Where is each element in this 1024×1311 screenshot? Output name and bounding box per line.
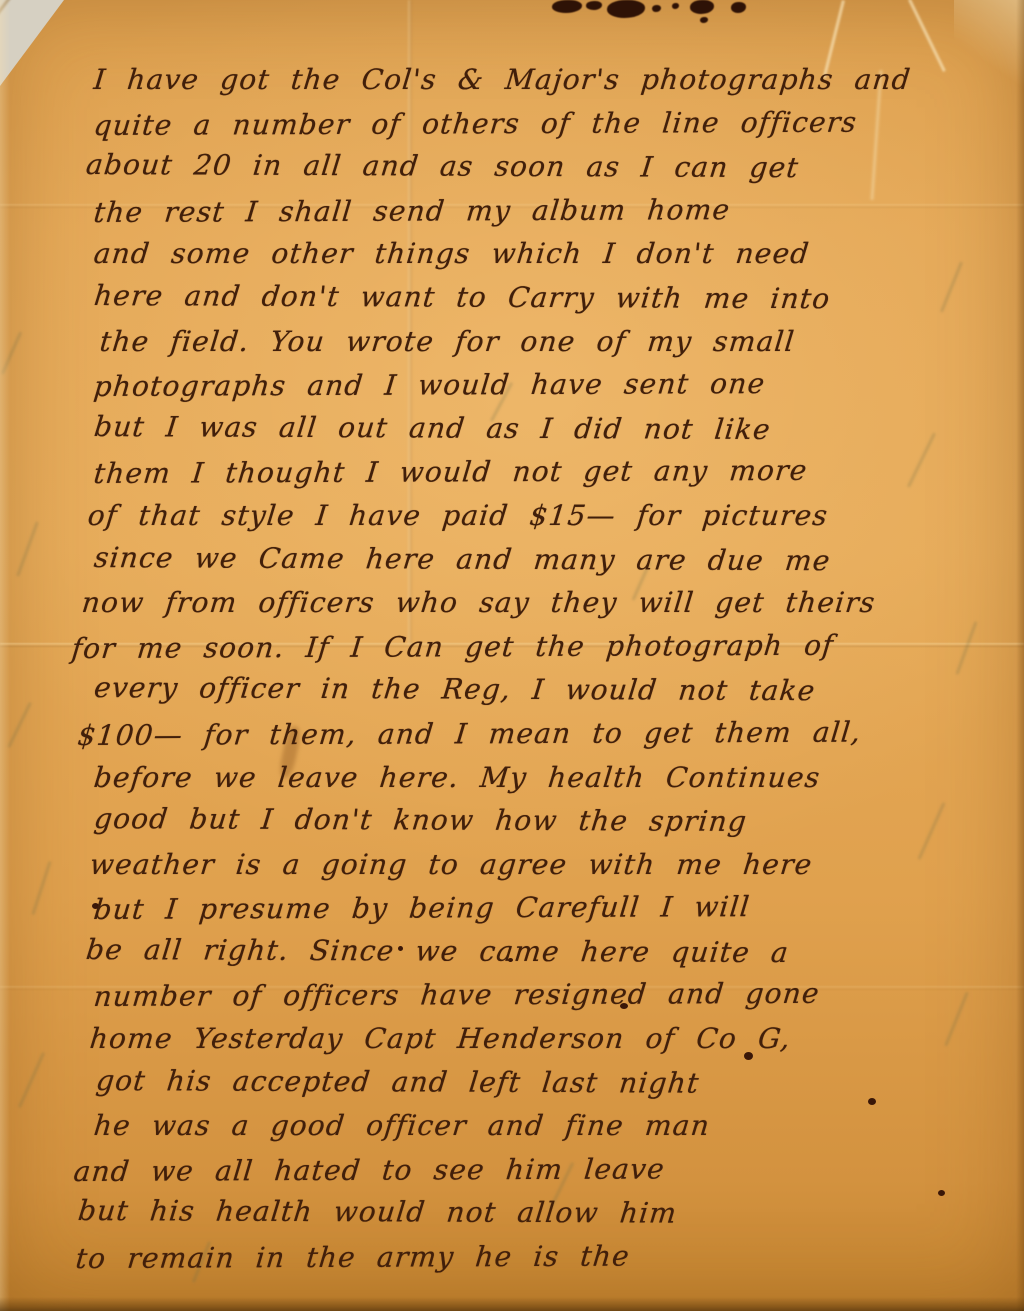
letter-line: of that style I have paid $15— for pictu… [86,494,997,538]
letter-line: the rest I shall send my album home [92,187,997,235]
letter-line: good but I don't know how the spring [92,797,996,845]
letter-line: here and don't want to Carry with me int… [92,274,996,322]
bleed-through-mark [18,1052,45,1108]
ink-blot [607,0,645,18]
letter-line: $100— for them, and I mean to get them a… [76,710,997,758]
letter-line: and some other things which I don't need [92,232,997,276]
letter-line: to remain in the army he is the [74,1233,997,1281]
bleed-through-mark [7,702,32,748]
letter-line: before we leave here. My health Continue… [92,756,997,800]
paper-left-edge [0,0,10,1311]
letter-line: but I was all out and as I did not like [92,405,996,453]
letter-line: the field. You wrote for one of my small [98,320,997,364]
letter-line: home Yesterday Capt Henderson of Co G, [88,1017,997,1061]
ink-blot [552,0,582,13]
letter-line: but his health would not allow him [76,1189,996,1237]
letter-line: every officer in the Reg, I would not ta… [92,666,996,714]
letter-line: he was a good officer and fine man [92,1104,997,1148]
bleed-through-mark [16,521,39,577]
letter-line: for me soon. If I Can get the photograph… [70,623,997,671]
letter-paper: I have got the Col's & Major's photograp… [0,0,1024,1311]
letter-line: photographs and I would have sent one [92,361,997,409]
letter-line: I have got the Col's & Major's photograp… [92,58,997,102]
letter-body: I have got the Col's & Major's photograp… [94,58,994,1279]
letter-line: got his accepted and left last night [94,1059,996,1107]
letter-line: weather is a going to agree with me here [88,843,997,887]
letter-line: about 20 in all and as soon as I can get [84,143,996,191]
letter-line: but I presume by being Carefull I will [92,884,997,932]
torn-corner [954,0,1024,100]
letter-line: number of officers have resigned and gon… [92,972,997,1020]
bleed-through-mark [31,861,51,915]
ink-blot [731,2,746,13]
letter-line: be all right. Since we came here quite a [84,928,996,976]
letter-line: now from officers who say they will get … [80,581,997,625]
paper-right-edge [1016,0,1024,1311]
letter-line: since we Came here and many are due me [92,536,996,584]
ink-blot [672,3,679,9]
letter-line: quite a number of others of the line off… [92,100,997,148]
ink-blot [586,1,602,10]
paper-bottom-edge [0,1297,1024,1311]
letter-line: them I thought I would not get any more [92,448,997,496]
ink-blot [700,17,708,23]
ink-blot [690,0,714,14]
ink-blot [652,5,661,12]
letter-line: and we all hated to see him leave [72,1146,997,1194]
